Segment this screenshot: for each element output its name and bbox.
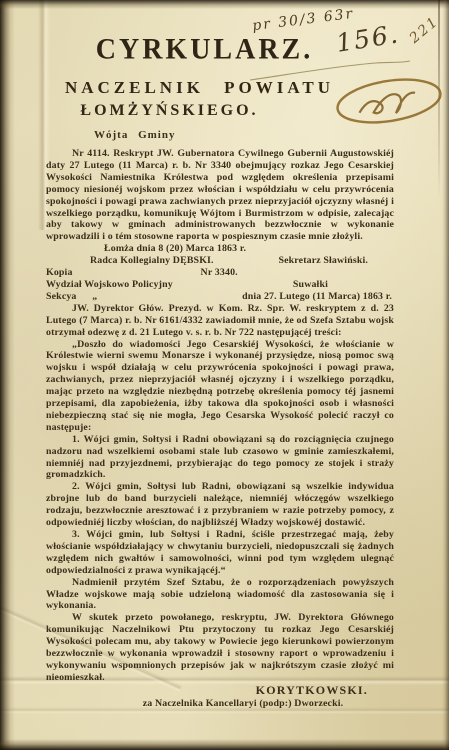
signature-row: Radca Kollegialny DĘBSKI. Sekretarz Sław…	[46, 255, 394, 267]
signature-left: Radca Kollegialny DĘBSKI.	[90, 255, 214, 267]
scan-edge-top	[0, 0, 449, 9]
document-body: Nr 4114. Reskrypt JW. Gubernatora Cywiln…	[46, 148, 394, 710]
paragraph-nadmienil: Nadmienił przytém Szef Sztabu, że o rozp…	[46, 577, 394, 613]
department-place: Suwałki	[293, 279, 328, 291]
list-item-1: 1. Wójci gmin, Sołtysi i Radni obowiązan…	[46, 434, 394, 482]
section-row: Sekcya „ dnia 27. Lutego (11 Marca) 1863…	[46, 291, 394, 303]
handwritten-corner-number: 221	[407, 13, 442, 46]
kopia-row: Kopia Nr 3340.	[46, 267, 394, 279]
scan-edge-bottom	[0, 739, 449, 750]
scan-edge-left	[0, 0, 15, 750]
dateline: Łomża dnia 8 (20) Marca 1863 r.	[46, 243, 394, 255]
paragraph-quote: „Doszło do wiadomości Jego Cesarskiéj Wy…	[46, 339, 394, 434]
signature-right: Sekretarz Sławiński.	[278, 255, 368, 267]
department-label: Wydział Wojskowo Policyjny	[46, 279, 173, 291]
list-item-3: 3. Wójci gmin, lub Sołtysi i Radni, ściś…	[46, 529, 394, 577]
addressee-label: Wójta Gminy	[94, 129, 175, 141]
section-label: Sekcya „	[46, 291, 97, 303]
paragraph-dyrektor: JW. Dyrektor Głów. Prezyd. w Kom. Rz. Sp…	[46, 303, 394, 339]
department-row: Wydział Wojskowo Policyjny Suwałki	[46, 279, 394, 291]
paraph-stamp-icon	[330, 70, 448, 132]
final-signature: KORYTKOWSKI.	[46, 685, 394, 697]
paragraph-wskutek: W skutek przeto powołanego, reskryptu, J…	[46, 612, 394, 683]
kopia-number: Nr 3340.	[201, 267, 238, 279]
kopia-label: Kopia	[46, 267, 73, 279]
paragraph-reskrypt: Nr 4114. Reskrypt JW. Gubernatora Cywiln…	[46, 148, 394, 243]
list-item-2: 2. Wójci gmin, Sołtysi lub Radni, obowią…	[46, 481, 394, 529]
document-scan: pr 30/3 63r 156. 221 CYRKULARZ. NACZELNI…	[0, 0, 449, 750]
section-date: dnia 27. Lutego (11 Marca) 1863 r.	[242, 291, 392, 303]
final-signature-sub: za Naczelnika Kancellaryi (podp:) Dworze…	[46, 698, 394, 710]
authority-name-line2: ŁOMŻYŃSKIEGO.	[0, 102, 339, 120]
